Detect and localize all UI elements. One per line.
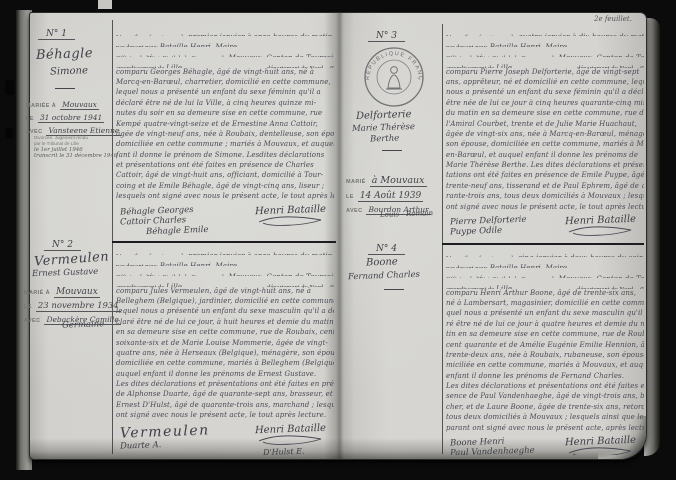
handwritten-text: miciliée en cette commune, mariés à Mouv…: [446, 361, 644, 369]
signatures-row: VermeulenDuarte A. Henri Bataille D'Huls…: [116, 422, 334, 455]
signatures-row: Boone HenriPaul VandenhaegheBoone Laure …: [446, 434, 644, 455]
stamp-line-handwritten: transcrit le 31 décembre 1946: [34, 153, 120, 159]
handwritten-line: enfant il donne les prénoms de Fernand C…: [446, 372, 644, 382]
handwritten-line: son épouse, domiciliée en cette commune,…: [446, 140, 644, 150]
handwritten-entry: Bataille Henri, Maire: [490, 43, 567, 46]
handwritten-line: comparu Jules Vermeulen, âgé de vingt-hu…: [116, 287, 334, 297]
handwritten-line: Marcq-en-Barœul, charretier, domicilié e…: [116, 78, 334, 88]
form-line: par devant nousBataille Henri, Maire: [446, 36, 644, 46]
handwritten-text: l'Amiral Courbet, trente et de Julie Mar…: [446, 120, 637, 128]
witness-signatures: Boone HenriPaul VandenhaegheBoone Laure: [450, 437, 535, 455]
witness-signature: D'Hulst E.: [263, 446, 326, 455]
handwritten-entry: a: [637, 285, 644, 288]
mention-value-extra: Germaine: [62, 319, 105, 330]
form-line: arrondissement deLilledépartement du Nor…: [446, 278, 644, 288]
fill-in-rule: Lille: [166, 57, 267, 67]
handwritten-line: être née de lui ce jour à cinq heures qu…: [446, 99, 644, 109]
fill-in-rule: Mouvaux, Canton de Tourcoing,: [559, 47, 644, 57]
form-line: par devant nousBataille Henri, Maire: [116, 255, 334, 265]
handwritten-line: lesquels ont signé avec nous le présent …: [116, 192, 334, 202]
handwritten-text: âgée de vingt-six ans, née à Marcq-en-Ba…: [446, 130, 644, 138]
handwritten-text: âgée de vingt-neuf ans, née à Roubaix, d…: [116, 130, 334, 138]
handwritten-line: ré être né de lui ce jour à quatre heure…: [446, 320, 644, 330]
handwritten-text: Les dites déclarations et présentations …: [116, 380, 334, 388]
handwritten-text: trente-neuf ans, tisserand et de Paul Ep…: [446, 182, 644, 190]
handwritten-line: Les dites déclarations et présentations …: [116, 380, 334, 390]
handwritten-line: parant ont signé avec nous le présent ac…: [446, 424, 644, 434]
handwritten-text: cher, et de Laure Boone, âgée de trente-…: [446, 403, 644, 411]
fill-in-rule: Lille: [166, 276, 267, 286]
handwritten-entry: Bataille Henri, Maire: [490, 264, 567, 267]
handwritten-line: lequel nous a présenté un enfant du sexe…: [116, 307, 334, 317]
act-number: N° 2: [44, 240, 81, 251]
margin-rule-right-page: [442, 24, 443, 454]
officer-signature: Henri Bataille: [255, 204, 326, 216]
handwritten-text: ont signé avec nous le présent acte, le …: [116, 411, 326, 419]
handwritten-text: nous a présenté un enfant du sexe fémini…: [446, 88, 644, 96]
act-number: N° 1: [38, 29, 75, 40]
witness-signatures: Pierre DelforteriePuype Odile: [450, 216, 526, 236]
folio-note: 2e feuillet.: [594, 15, 632, 23]
handwritten-text: lesquels ont signé avec nous le présent …: [116, 192, 334, 200]
handwritten-line: auquel enfant il donne les prénoms de Er…: [116, 370, 334, 380]
page-stack-edge: [644, 18, 660, 456]
officer-signature-block: Henri Bataille D'Hulst E.: [255, 425, 332, 455]
handwritten-text: Marcq-en-Barœul, charretier, domicilié e…: [116, 78, 331, 86]
handwritten-line: l'Amiral Courbet, trente et de Julie Mar…: [446, 120, 644, 130]
act-number: N° 3: [368, 31, 405, 42]
fill-in-rule: Bataille Henri, Maire: [490, 257, 644, 267]
handwritten-text: en sa demeure sise en cette commune, rue…: [116, 328, 334, 336]
form-line: par devant nousBataille Henri, Maire: [446, 257, 644, 267]
fill-in-rule: premier janvier à onze heures du matin: [188, 245, 334, 255]
witness-signatures: Béhagle GeorgesCattoir CharlesBéhagle Em…: [120, 206, 208, 236]
handwritten-line: trente-deux ans, née à Roubaix, rubaneus…: [446, 351, 644, 361]
handwritten-line: comparu Pierre Joseph Delforterie, âgé d…: [446, 68, 644, 78]
handwritten-line: quatre ans, née à Herseaux (Belgique), m…: [116, 349, 334, 359]
form-line: arrondissement deLilledépartement du Nor…: [446, 57, 644, 67]
handwritten-text: enfant il donne les prénoms de Fernand C…: [446, 372, 624, 380]
handwritten-line: lequel nous a présenté un enfant du sexe…: [116, 88, 334, 98]
act-section-2: L'an mil neuf cent onze, lepremier janvi…: [116, 245, 334, 455]
witness-signatures: VermeulenDuarte A.: [120, 425, 210, 455]
handwritten-text: comparu Jules Vermeulen, âgé de vingt-hu…: [116, 287, 311, 295]
handwritten-text: coing et de Emile Béhagle, âgé de vingt-…: [116, 182, 324, 190]
handwritten-text: parant ont signé avec nous le présent ac…: [446, 424, 644, 432]
witness-signature: Béhagle Emile: [146, 225, 209, 237]
handwritten-text: son épouse, domiciliée en cette commune,…: [446, 140, 644, 148]
fill-in-rule: Lille: [496, 57, 577, 67]
registrant-surname: Delforterie: [356, 109, 412, 122]
form-line: Officier de l'État-Civil de la Commune d…: [446, 47, 644, 57]
handwritten-text: Marie Thérèse Berthe. Les dites déclarat…: [446, 161, 644, 169]
margin-rule-left-page: [112, 20, 113, 454]
form-line: arrondissement deLilledépartement du Nor…: [116, 57, 334, 67]
handwritten-text: comparu Georges Béhagle, âgé de vingt-hu…: [116, 68, 314, 76]
handwritten-text: de Alphonse Duarte, âgé de quarante-sept…: [116, 390, 334, 398]
handwritten-entry: a: [327, 64, 334, 67]
form-line: L'an mil neuf cent onze, lecinq janvier …: [446, 247, 644, 257]
officer-signature-block: Henri Bataille: [565, 216, 642, 236]
form-line: Officier de l'État-Civil de la Commune d…: [446, 268, 644, 278]
handwritten-line: en sa demeure sise en cette commune, rue…: [116, 328, 334, 338]
handwritten-line: fant il donne le prénom de Simone. Lesdi…: [116, 151, 334, 161]
handwritten-text: déclaré être né de lui la Ville, à cinq …: [116, 99, 316, 107]
handwritten-line: trente-neuf ans, tisserand et de Paul Ep…: [446, 182, 644, 192]
handwritten-line: nutes du soir en sa demeure sise en cett…: [116, 109, 334, 119]
officer-signature-block: Henri Bataille: [255, 206, 332, 236]
marginal-stamp-block: Divorcée. Jugement rendu par le Tribunal…: [34, 135, 120, 159]
form-line: L'an mil neuf cent onze, lepremier janvi…: [116, 26, 334, 36]
handwritten-line: nous a présenté un enfant du sexe fémini…: [446, 88, 644, 98]
handwritten-line: comparu Georges Béhagle, âgé de vingt-hu…: [116, 68, 334, 78]
handwritten-text: ont signé avec nous le présent acte, le …: [446, 203, 644, 211]
handwritten-text: du matin en sa demeure sise en cette com…: [446, 109, 644, 117]
act-divider-left-page: [112, 241, 336, 243]
fill-in-rule: Mouvaux, Canton de Tourcoing,: [229, 47, 334, 57]
handwritten-text: lequel nous a présenté un enfant du sexe…: [116, 307, 334, 315]
registrant-firstname: Simone: [50, 65, 88, 77]
handwritten-text: Les dites déclarations et présentations …: [446, 382, 644, 390]
handwritten-text: en-Barœul, et auquel enfant il donne les…: [446, 151, 638, 159]
handwritten-entry: Bataille Henri, Maire: [160, 43, 237, 46]
handwritten-line: âgée de vingt-neuf ans, née à Roubaix, d…: [116, 130, 334, 140]
form-line: par devant nousBataille Henri, Maire: [116, 36, 334, 46]
handwritten-text: Cattoir, âgé de vingt-huit ans, offician…: [116, 171, 323, 179]
handwritten-line: ans, apprêteur, né et domicilié en cette…: [446, 78, 644, 88]
handwritten-text: né à Lambersart, magasinier, domicilié e…: [446, 299, 644, 307]
act-number: N° 4: [368, 244, 405, 255]
printed-form-text: par devant nous: [446, 265, 490, 267]
handwritten-text: cent quarante et de Amélie Eugénie Emili…: [446, 341, 644, 349]
handwritten-line: du matin en sa demeure sise en cette com…: [446, 109, 644, 119]
handwritten-line: âgée de vingt-six ans, née à Marcq-en-Ba…: [446, 130, 644, 140]
republic-seal-icon: RÉPUBLIQUE FRANÇAISE: [362, 44, 426, 108]
scan-edge-mark: [5, 128, 13, 139]
handwritten-text: quatre ans, née à Herseaux (Belgique), m…: [116, 349, 334, 357]
handwritten-line: miciliée en cette commune, mariés à Mouv…: [446, 361, 644, 371]
handwritten-line: et présentations ont été faites en prése…: [116, 161, 334, 171]
handwritten-text: être née de lui ce jour à cinq heures qu…: [446, 99, 644, 107]
registrant-surname: Boone: [366, 256, 398, 268]
act-divider-right-page: [442, 243, 644, 245]
fill-in-rule: cinq janvier à deux heures du soir: [518, 247, 644, 257]
handwritten-text: comparu Pierre Joseph Delforterie, âgé d…: [446, 68, 639, 76]
handwritten-line: claré être né de lui ce jour, à huit heu…: [116, 318, 334, 328]
handwritten-text: Belleghem (Belgique), jardinier, domicil…: [116, 297, 334, 305]
margin-dash: [382, 150, 402, 151]
signatures-row: Pierre DelforteriePuype Odile Henri Bata…: [446, 213, 644, 236]
handwritten-line: quel nous a présenté un enfant du sexe m…: [446, 309, 644, 319]
mention-label: AVEC: [346, 208, 362, 214]
officer-signature-block: Henri Bataille: [565, 437, 642, 455]
handwritten-entry: Bataille Henri, Maire: [160, 262, 237, 265]
handwritten-line: Belleghem (Belgique), jardinier, domicil…: [116, 297, 334, 307]
handwritten-text: Kempé quatre-vingt-seize et de Ernestine…: [116, 120, 318, 128]
officer-signature: Henri Bataille: [255, 423, 326, 435]
handwritten-line: tous deux domiciliés à Mouvaux ; lesquel…: [446, 413, 644, 423]
handwritten-line: de Alphonse Duarte, âgé de quarante-sept…: [116, 390, 334, 400]
handwritten-text: comparu Henri Arthur Boone, âgé de trent…: [446, 289, 636, 297]
handwritten-text: rante-trois ans, tous deux domiciliés à …: [446, 192, 644, 200]
handwritten-text: auquel enfant il donne les prénoms de Er…: [116, 370, 316, 378]
handwritten-text: tations ont été faites en présence de Em…: [446, 171, 644, 179]
page-tab-notch: [98, 0, 112, 9]
handwritten-line: Kempé quatre-vingt-seize et de Ernestine…: [116, 120, 334, 130]
handwritten-line: comparu Henri Arthur Boone, âgé de trent…: [446, 289, 644, 299]
handwritten-text: domiciliée en cette commune, mariés à Be…: [116, 359, 334, 367]
handwritten-line: cent quarante et de Amélie Eugénie Emili…: [446, 341, 644, 351]
registrant-firstname-2: Berthe: [370, 133, 400, 144]
act-section-4: L'an mil neuf cent onze, lecinq janvier …: [446, 247, 644, 455]
handwritten-line: ont signé avec nous le présent acte, le …: [116, 411, 334, 421]
form-line: Officier de l'État-Civil de la Commune d…: [116, 266, 334, 276]
handwritten-text: tin en sa demeure sise en cette commune,…: [446, 330, 644, 338]
handwritten-text: lequel nous a présenté un enfant du sexe…: [116, 88, 321, 96]
handwritten-text: domiciliée en cette commune ; mariés à M…: [116, 140, 334, 148]
act-body-text: L'an mil neuf cent onze, lepremier janvi…: [116, 26, 334, 203]
handwritten-line: Ernest D'Hulst, âgé de quarante-trois an…: [116, 401, 334, 411]
handwritten-line: soixante-six et de Marie Louise Mommerie…: [116, 339, 334, 349]
signatures-row: Béhagle GeorgesCattoir CharlesBéhagle Em…: [116, 203, 334, 236]
handwritten-text: quel nous a présenté un enfant du sexe m…: [446, 309, 644, 317]
act-section-3: L'an mil neuf cent onze, lequatre janvie…: [446, 26, 644, 241]
form-line: arrondissement deLilledépartement du Nor…: [116, 276, 334, 286]
handwritten-line: coing et de Emile Béhagle, âgé de vingt-…: [116, 182, 334, 192]
handwritten-text: fant il donne le prénom de Simone. Lesdi…: [116, 151, 324, 159]
handwritten-entry: a: [327, 283, 334, 286]
witness-signature: Puype Odile: [450, 225, 527, 238]
act-body-text: L'an mil neuf cent onze, lepremier janvi…: [116, 245, 334, 422]
handwritten-line: domiciliée en cette commune ; mariés à M…: [116, 140, 334, 150]
handwritten-line: rante-trois ans, tous deux domiciliés à …: [446, 192, 644, 202]
fill-in-rule: Mouvaux, Canton de Tourcoing,: [559, 268, 644, 278]
form-line: L'an mil neuf cent onze, lepremier janvi…: [116, 245, 334, 255]
fill-in-rule: Bataille Henri, Maire: [160, 36, 334, 46]
handwritten-text: trente-deux ans, née à Roubaix, rubaneus…: [446, 351, 644, 359]
fill-in-rule: Lille: [496, 278, 577, 288]
fill-in-rule: quatre janvier à dix heures du matin: [518, 26, 644, 36]
registrant-surname: Béhagle: [36, 46, 94, 63]
margin-dash: [55, 88, 75, 89]
scan-edge-mark: [5, 80, 14, 95]
handwritten-line: ont signé avec nous le présent acte, le …: [446, 203, 644, 213]
handwritten-line: Cattoir, âgé de vingt-huit ans, offician…: [116, 171, 334, 181]
handwritten-text: et présentations ont été faites en prése…: [116, 161, 314, 169]
fill-in-rule: Bataille Henri, Maire: [160, 255, 334, 265]
handwritten-text: sence de Paul Vandenhaeghe, âgé de vingt…: [446, 392, 644, 400]
handwritten-line: tin en sa demeure sise en cette commune,…: [446, 330, 644, 340]
act-body-text: L'an mil neuf cent onze, lequatre janvie…: [446, 26, 644, 213]
handwritten-line: né à Lambersart, magasinier, domicilié e…: [446, 299, 644, 309]
act-body-text: L'an mil neuf cent onze, lecinq janvier …: [446, 247, 644, 434]
printed-form-text: par devant nous: [116, 44, 160, 46]
fill-in-rule: Bataille Henri, Maire: [490, 36, 644, 46]
handwritten-line: cher, et de Laure Boone, âgée de trente-…: [446, 403, 644, 413]
handwritten-line: domiciliée en cette commune, mariés à Be…: [116, 359, 334, 369]
handwritten-line: Les dites déclarations et présentations …: [446, 382, 644, 392]
handwritten-line: en-Barœul, et auquel enfant il donne les…: [446, 151, 644, 161]
handwritten-text: tous deux domiciliés à Mouvaux ; lesquel…: [446, 413, 644, 421]
margin-dash: [384, 289, 404, 290]
handwritten-line: Marie Thérèse Berthe. Les dites déclarat…: [446, 161, 644, 171]
handwritten-line: sence de Paul Vandenhaeghe, âgé de vingt…: [446, 392, 644, 402]
mention-label: AVEC: [24, 318, 40, 324]
handwritten-line: tations ont été faites en présence de Em…: [446, 171, 644, 181]
handwritten-text: claré être né de lui ce jour, à huit heu…: [116, 318, 334, 326]
printed-form-text: par devant nous: [446, 44, 490, 46]
fill-in-rule: premier janvier à onze heures du matin: [188, 26, 334, 36]
register-scan: 2e feuillet. N° 1 Béhagle Simone MARIÉE …: [0, 0, 676, 480]
handwritten-line: déclaré être né de lui la Ville, à cinq …: [116, 99, 334, 109]
handwritten-text: ré être né de lui ce jour à quatre heure…: [446, 320, 644, 328]
fill-in-rule: Mouvaux, Canton de Tourcoing,: [229, 266, 334, 276]
handwritten-text: soixante-six et de Marie Louise Mommerie…: [116, 339, 328, 347]
act-section-1: L'an mil neuf cent onze, lepremier janvi…: [116, 26, 334, 239]
handwritten-text: Ernest D'Hulst, âgé de quarante-trois an…: [116, 401, 334, 409]
handwritten-text: nutes du soir en sa demeure sise en cett…: [116, 109, 322, 117]
form-line: Officier de l'État-Civil de la Commune d…: [116, 47, 334, 57]
printed-form-text: par devant nous: [116, 263, 160, 265]
form-line: L'an mil neuf cent onze, lequatre janvie…: [446, 26, 644, 36]
handwritten-text: ans, apprêteur, né et domicilié en cette…: [446, 78, 644, 86]
